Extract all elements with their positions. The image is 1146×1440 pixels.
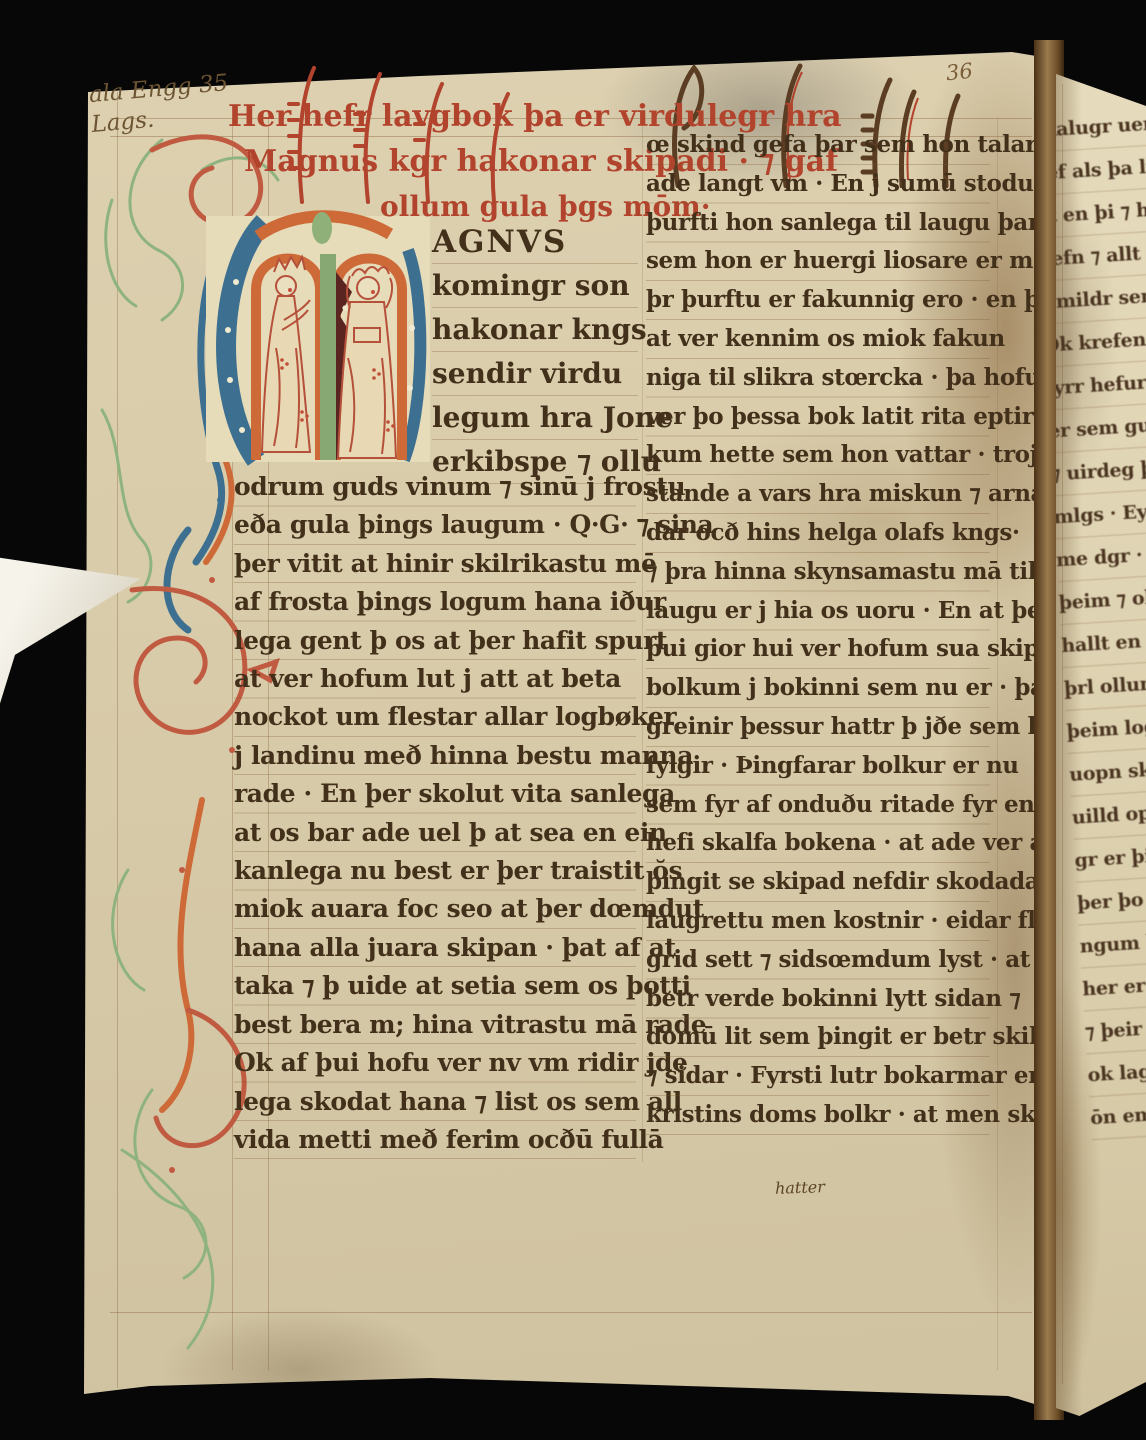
text-line: at ver kennim os miok fakun xyxy=(646,320,990,359)
text-line: bolkum j bokinni sem nu er · þa xyxy=(646,669,990,708)
text-line: Ok af þui hofu ver nv vm ridir jde xyxy=(234,1044,636,1082)
text-line: komingr son xyxy=(432,264,638,308)
text-line: ⁊ þra hinna skynsamastu mā til xyxy=(646,553,990,592)
text-line: j landinu með hinna bestu manna xyxy=(234,737,636,775)
text-line: betr verde bokinni lytt sidan ⁊ xyxy=(646,980,990,1019)
text-line: dar ocð hins helga olafs kngs· xyxy=(646,514,990,553)
corner-inscription: ala Engg 35Lags. xyxy=(88,68,232,140)
rubric-line: Her hefr lavgbok þa er virdulegr hra xyxy=(228,94,640,139)
column-2: œ skind gefa þar sem hon talarade langt … xyxy=(646,126,990,1135)
text-line: legum hra Jone xyxy=(432,396,638,440)
text-line: hefi skalfa bokena · at ade ver at xyxy=(646,824,990,863)
illuminated-initial-m xyxy=(198,208,438,470)
text-line: hana alla juara skipan · þat af at xyxy=(234,929,636,967)
text-line: sendir virdu xyxy=(432,352,638,396)
text-line: eða gula þings laugum · Q·G· ⁊ sina xyxy=(234,506,636,544)
text-line: best bera m; hina vitrastu mā rade xyxy=(234,1006,636,1044)
text-line: niga til slikra stœrcka · þa hofu xyxy=(646,359,990,398)
text-line: vida metti með ferim ocðū fullā xyxy=(234,1121,636,1159)
text-line: ⁊ sidar · Fyrsti lutr bokarmar er xyxy=(646,1057,990,1096)
text-line: œ skind gefa þar sem hon talar xyxy=(646,126,990,165)
text-line: þurfti hon sanlega til laugu þar xyxy=(646,204,990,243)
facing-page-edge: Skalugr uera gmhef als þa lutr ⁊ lkt en … xyxy=(1056,44,1146,1440)
text-line: laugu er j hia os uoru · En at þer sk xyxy=(646,592,990,631)
text-line: greinir þessur hattr þ jðe sem h xyxy=(646,708,990,747)
text-line: þr þurftu er fakunnig ero · en þo xyxy=(646,281,990,320)
text-line: kum hette sem hon vattar · troj xyxy=(646,436,990,475)
text-line: ver þo þessa bok latit rita eptir sli xyxy=(646,398,990,437)
text-line: taka ⁊ þ uide at setia sem os þotti xyxy=(234,967,636,1005)
text-line: laugrettu men kostnir · eidar flutt xyxy=(646,902,990,941)
text-line: þingit se skipad nefdir skodadar xyxy=(646,863,990,902)
text-line: hakonar kngs xyxy=(432,308,638,352)
text-line: kanlega nu best er þer traistit ŏs xyxy=(234,852,636,890)
column-1: odrum guds vinum ⁊ sinū j frostueða gula… xyxy=(234,468,636,1159)
text-line: at os bar ade uel þ at sea en ein xyxy=(234,814,636,852)
text-line: sem fyr af onduðu ritade fyr en xyxy=(646,786,990,825)
text-line: af frosta þings logum hana iður xyxy=(234,583,636,621)
margin-annotation: hatter xyxy=(775,1177,825,1198)
rubric-line: Magnus kgr hakonar skipadi · ⁊ gaf xyxy=(228,139,640,184)
text-line: rade · En þer skolut vita sanlega xyxy=(234,775,636,813)
text-line: kristins doms bolkr · at men skile xyxy=(646,1096,990,1135)
text-line: fylgir · Þingfarar bolkur er nu xyxy=(646,747,990,786)
text-line: grid sett ⁊ sidsœmdum lyst · at þi xyxy=(646,941,990,980)
text-line: odrum guds vinum ⁊ sinū j frostu xyxy=(234,468,636,506)
column-1-upper: AGNVSkomingr sonhakonar kngssendir virdu… xyxy=(432,220,638,484)
text-line: at ver hofum lut j att at beta xyxy=(234,660,636,698)
text-line: miok auara foc seo at þer dœmdut xyxy=(234,890,636,928)
rubric-heading: Her hefr lavgbok þa er virdulegr hraMagn… xyxy=(228,94,640,229)
text-line: domū lit sem þingit er betr skilt xyxy=(646,1018,990,1057)
text-line: ade langt vm · En j sumū stodum xyxy=(646,165,990,204)
text-line: nockot um flestar allar logbøker xyxy=(234,698,636,736)
text-line: sem hon er huergi liosare er mgr xyxy=(646,242,990,281)
text-line: AGNVS xyxy=(432,220,638,264)
text-line: lega gent þ os at þer hafit spurt xyxy=(234,622,636,660)
text-line: stande a vars hra miskun ⁊ arna xyxy=(646,475,990,514)
text-line: lega skodat hana ⁊ list os sem all xyxy=(234,1083,636,1121)
text-line: þui gior hui ver hofum sua skipat xyxy=(646,630,990,669)
folio-number: 36 xyxy=(945,59,974,86)
text-line: þer vitit at hinir skilrikastu mē xyxy=(234,545,636,583)
manuscript-photo: ala Engg 35Lags. Her hefr lavgbok þa er … xyxy=(0,0,1146,1440)
